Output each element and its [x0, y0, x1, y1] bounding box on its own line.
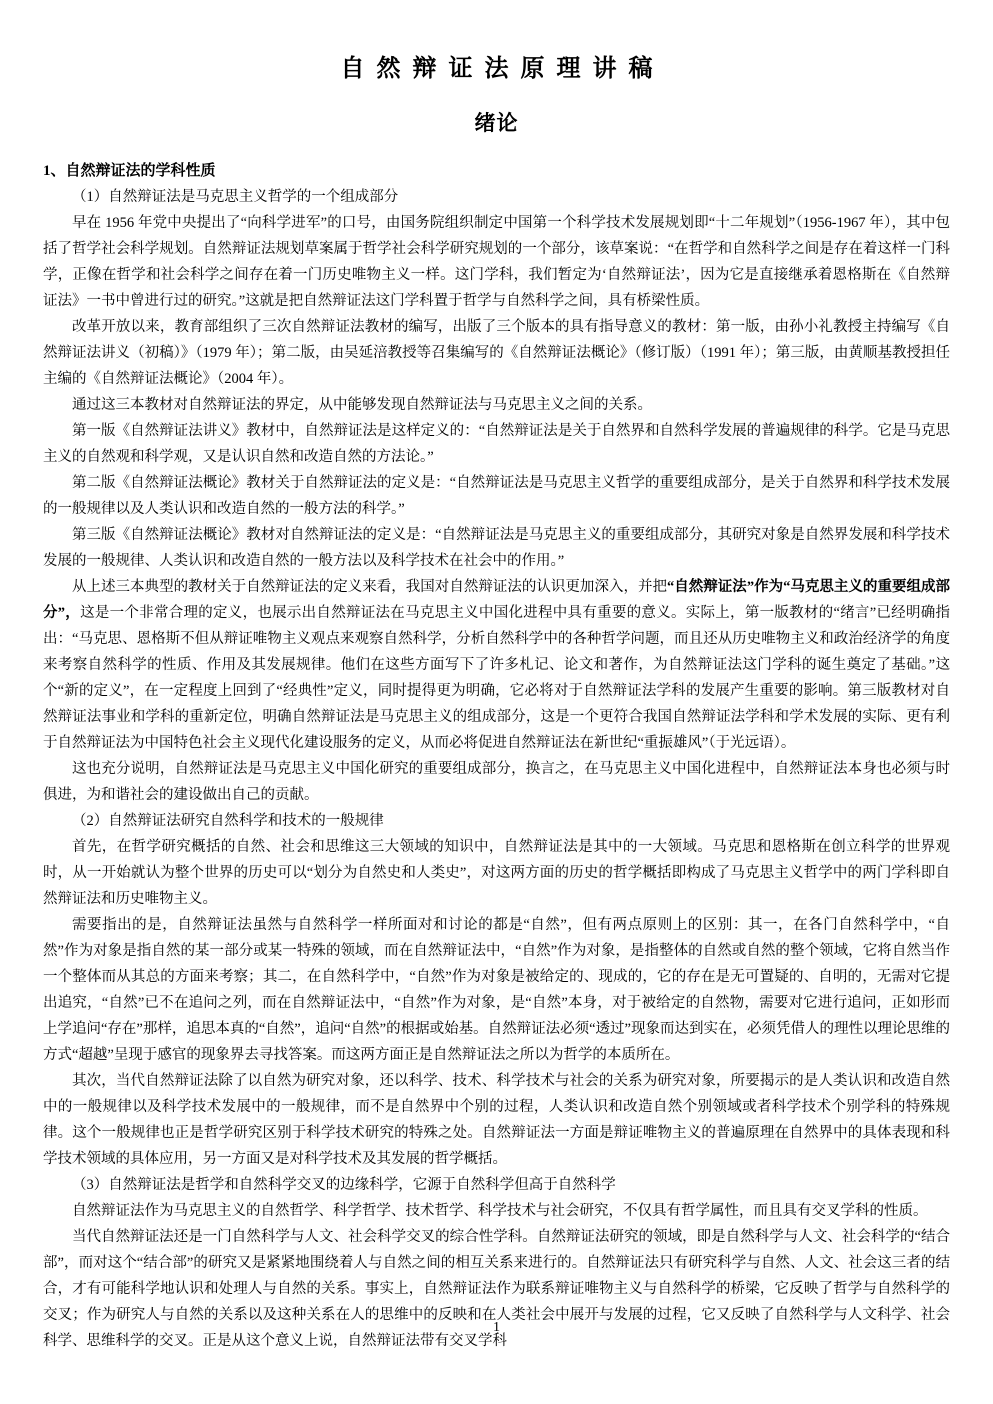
- paragraph-definition-analysis: 从上述三本典型的教材关于自然辩证法的定义来看，我国对自然辩证法的认识更加深入，并…: [43, 574, 950, 756]
- paragraph-three-domains: 首先，在哲学研究概括的自然、社会和思维这三大领域的知识中，自然辩证法是其中的一大…: [43, 834, 950, 912]
- definition-analysis-rest: 这是一个非常合理的定义，也展示出自然辩证法在马克思主义中国化进程中具有重要的意义…: [43, 605, 950, 751]
- paragraph-second-edition-definition: 第二版《自然辩证法概论》教材关于自然辩证法的定义是：“自然辩证法是马克思主义哲学…: [43, 470, 950, 522]
- paragraph-sinicization-conclusion: 这也充分说明，自然辩证法是马克思主义中国化研究的重要组成部分，换言之，在马克思主…: [43, 756, 950, 808]
- page-number: 1: [0, 1318, 993, 1338]
- paragraph-origin-1956: 早在 1956 年党中央提出了“向科学进军”的口号，由国务院组织制定中国第一个科…: [43, 210, 950, 314]
- paragraph-two-distinctions: 需要指出的是，自然辩证法虽然与自然科学一样所面对和讨论的都是“自然”，但有两点原…: [43, 912, 950, 1068]
- document-page: 自然辩证法原理讲稿 绪论 1、自然辩证法的学科性质 （1）自然辩证法是马克思主义…: [0, 0, 993, 1404]
- paragraph-general-laws: 其次，当代自然辩证法除了以自然为研究对象，还以科学、技术、科学技术与社会的关系为…: [43, 1068, 950, 1172]
- subsection-2-heading: （2）自然辩证法研究自然科学和技术的一般规律: [43, 808, 950, 834]
- paragraph-three-textbooks: 改革开放以来，教育部组织了三次自然辩证法教材的编写，出版了三个版本的具有指导意义…: [43, 314, 950, 392]
- section-1-heading: 1、自然辩证法的学科性质: [43, 158, 950, 184]
- subsection-3-heading: （3）自然辩证法是哲学和自然科学交叉的边缘科学，它源于自然科学但高于自然科学: [43, 1172, 950, 1198]
- paragraph-philosophical-attributes: 自然辩证法作为马克思主义的自然哲学、科学哲学、技术哲学、科学技术与社会研究，不仅…: [43, 1198, 950, 1224]
- paragraph-third-edition-definition: 第三版《自然辩证法概论》教材对自然辩证法的定义是：“自然辩证法是马克思主义的重要…: [43, 522, 950, 574]
- subsection-1-heading: （1）自然辩证法是马克思主义哲学的一个组成部分: [43, 184, 950, 210]
- document-title: 自然辩证法原理讲稿: [43, 52, 950, 86]
- chapter-heading: 绪论: [43, 108, 950, 138]
- paragraph-textbook-definitions-intro: 通过这三本教材对自然辩证法的界定，从中能够发现自然辩证法与马克思主义之间的关系。: [43, 392, 950, 418]
- paragraph-first-edition-definition: 第一版《自然辩证法讲义》教材中，自然辩证法是这样定义的：“自然辩证法是关于自然界…: [43, 418, 950, 470]
- definition-analysis-lead: 从上述三本典型的教材关于自然辩证法的定义来看，我国对自然辩证法的认识更加深入，并…: [72, 579, 667, 595]
